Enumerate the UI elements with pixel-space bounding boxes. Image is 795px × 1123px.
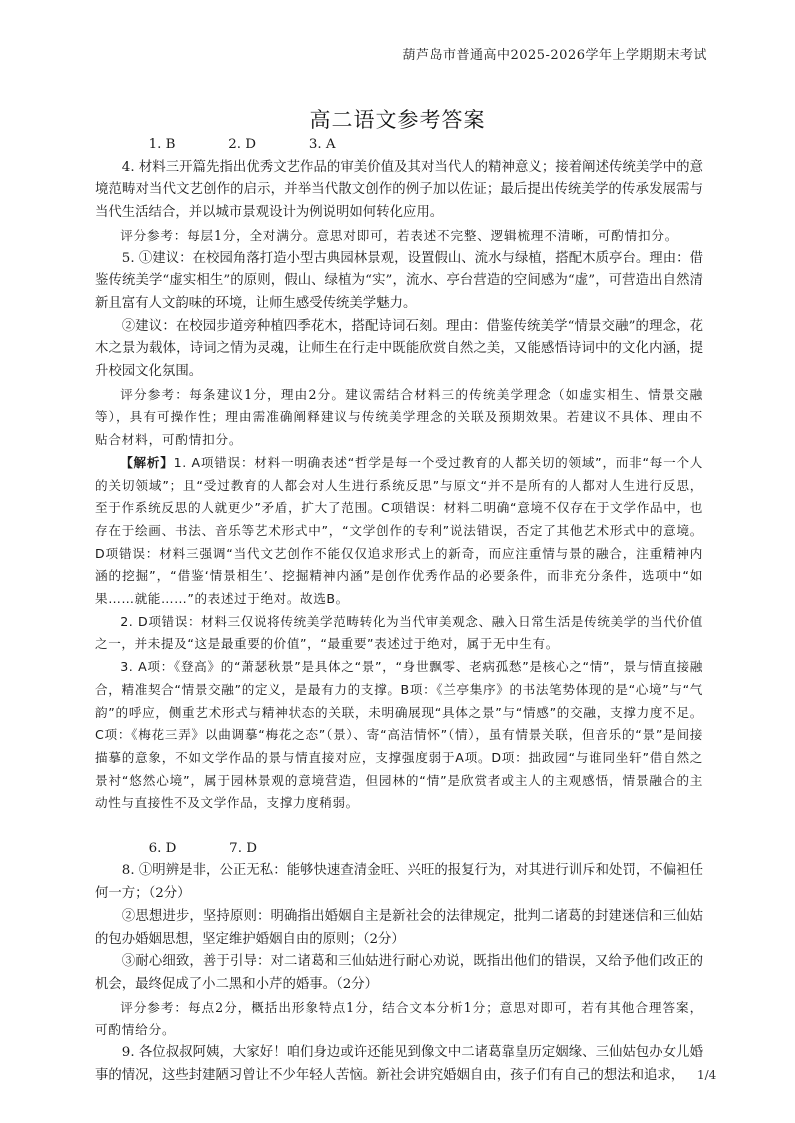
- q4-scoring: 评分参考：每层1分，全对满分。意思对即可，若表述不完整、逻辑梳理不清晰，可酌情扣…: [95, 225, 703, 248]
- q5-suggestion-2: ②建议：在校园步道旁种植四季花木，搭配诗词石刻。理由：借鉴传统美学“情景交融”的…: [95, 316, 703, 384]
- analysis-q3: 3. A项：《登高》的“萧瑟秋景”是具体之“景”，“身世飘零、老病孤愁”是核心之…: [95, 656, 703, 815]
- answers-1-3: 1. B2. D3. A: [95, 134, 703, 157]
- answer-6: 6. D: [122, 838, 177, 861]
- answer-1: 1. B: [122, 134, 176, 157]
- answer-3: 3. A: [282, 134, 336, 157]
- analysis-q1: 【解析】1. A项错误：材料一明确表述“哲学是每一个受过教育的人都关切的领域”，…: [95, 452, 703, 611]
- page-number: 1/4: [697, 1068, 716, 1082]
- analysis-q1-text: 1. A项错误：材料一明确表述“哲学是每一个受过教育的人都关切的领域”，而非“每…: [95, 455, 703, 606]
- q4-answer: 4. 材料三开篇先指出优秀文艺作品的审美价值及其对当代人的精神意义；接着阐述传统…: [95, 157, 703, 225]
- q9-answer: 9. 各位叔叔阿姨，大家好！咱们身边或许还能见到像文中二诸葛靠皇历定姻缘、三仙姑…: [95, 1042, 703, 1087]
- q8-scoring: 评分参考：每点2分，概括出形象特点1分，结合文本分析1分；意思对即可，若有其他合…: [95, 997, 703, 1042]
- q5-scoring: 评分参考：每条建议1分，理由2分。建议需结合材料三的传统美学理念（如虚实相生、情…: [95, 384, 703, 452]
- page-title: 高二语文参考答案: [0, 104, 795, 134]
- q8-point-1: 8. ①明辨是非，公正无私：能够快速查清金旺、兴旺的报复行为，对其进行训斥和处罚…: [95, 860, 703, 905]
- analysis-q2: 2. D项错误：材料三仅说将传统美学范畴转化为当代审美观念、融入日常生活是传统美…: [95, 611, 703, 656]
- exam-header: 葫芦岛市普通高中2025-2026学年上学期期末考试: [402, 44, 707, 63]
- answer-2: 2. D: [201, 134, 256, 157]
- spacer: [95, 815, 703, 838]
- q8-point-3: ③耐心细致，善于引导：对二诸葛和三仙姑进行耐心劝说，既指出他们的错误，又给予他们…: [95, 951, 703, 996]
- answers-6-7: 6. D7. D: [95, 838, 703, 861]
- answer-content: 1. B2. D3. A 4. 材料三开篇先指出优秀文艺作品的审美价值及其对当代…: [95, 134, 703, 1088]
- q8-point-2: ②思想进步，坚持原则：明确指出婚姻自主是新社会的法律规定，批判二诸葛的封建迷信和…: [95, 906, 703, 951]
- answer-7: 7. D: [202, 838, 257, 861]
- q5-suggestion-1: 5. ①建议：在校园角落打造小型古典园林景观，设置假山、流水与绿植，搭配木质亭台…: [95, 248, 703, 316]
- analysis-label: 【解析】: [120, 455, 173, 470]
